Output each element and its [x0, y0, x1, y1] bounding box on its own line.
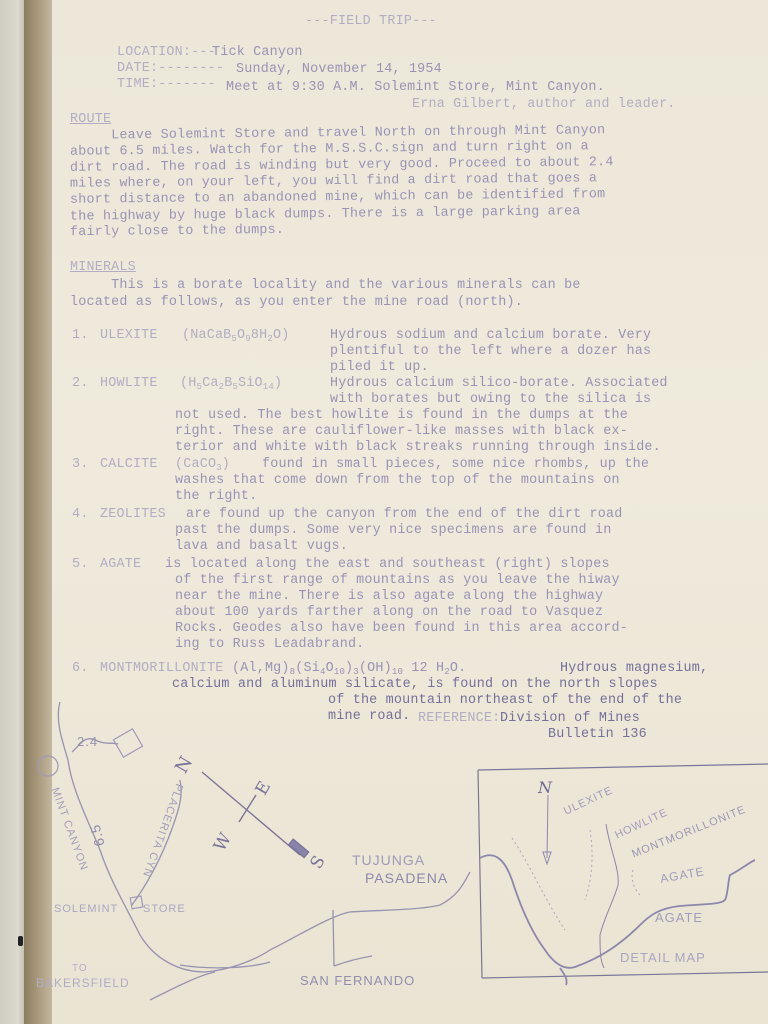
- agate-lower-label: AGATE: [655, 910, 703, 925]
- store-label: STORE: [143, 903, 186, 915]
- solemint-label: SOLEMINT: [54, 903, 118, 915]
- detail-map-caption: DETAIL MAP: [620, 950, 706, 965]
- mileage-2-4: 2.4: [77, 734, 98, 749]
- san-fernando-label: SAN FERNANDO: [300, 973, 415, 988]
- detail-north-label: N: [538, 778, 553, 797]
- pasadena-label: PASADENA: [365, 870, 448, 886]
- tujunga-label: TUJUNGA: [352, 852, 425, 868]
- to-label: TO: [72, 963, 88, 974]
- bakersfield-label: BAKERSFIELD: [36, 976, 130, 990]
